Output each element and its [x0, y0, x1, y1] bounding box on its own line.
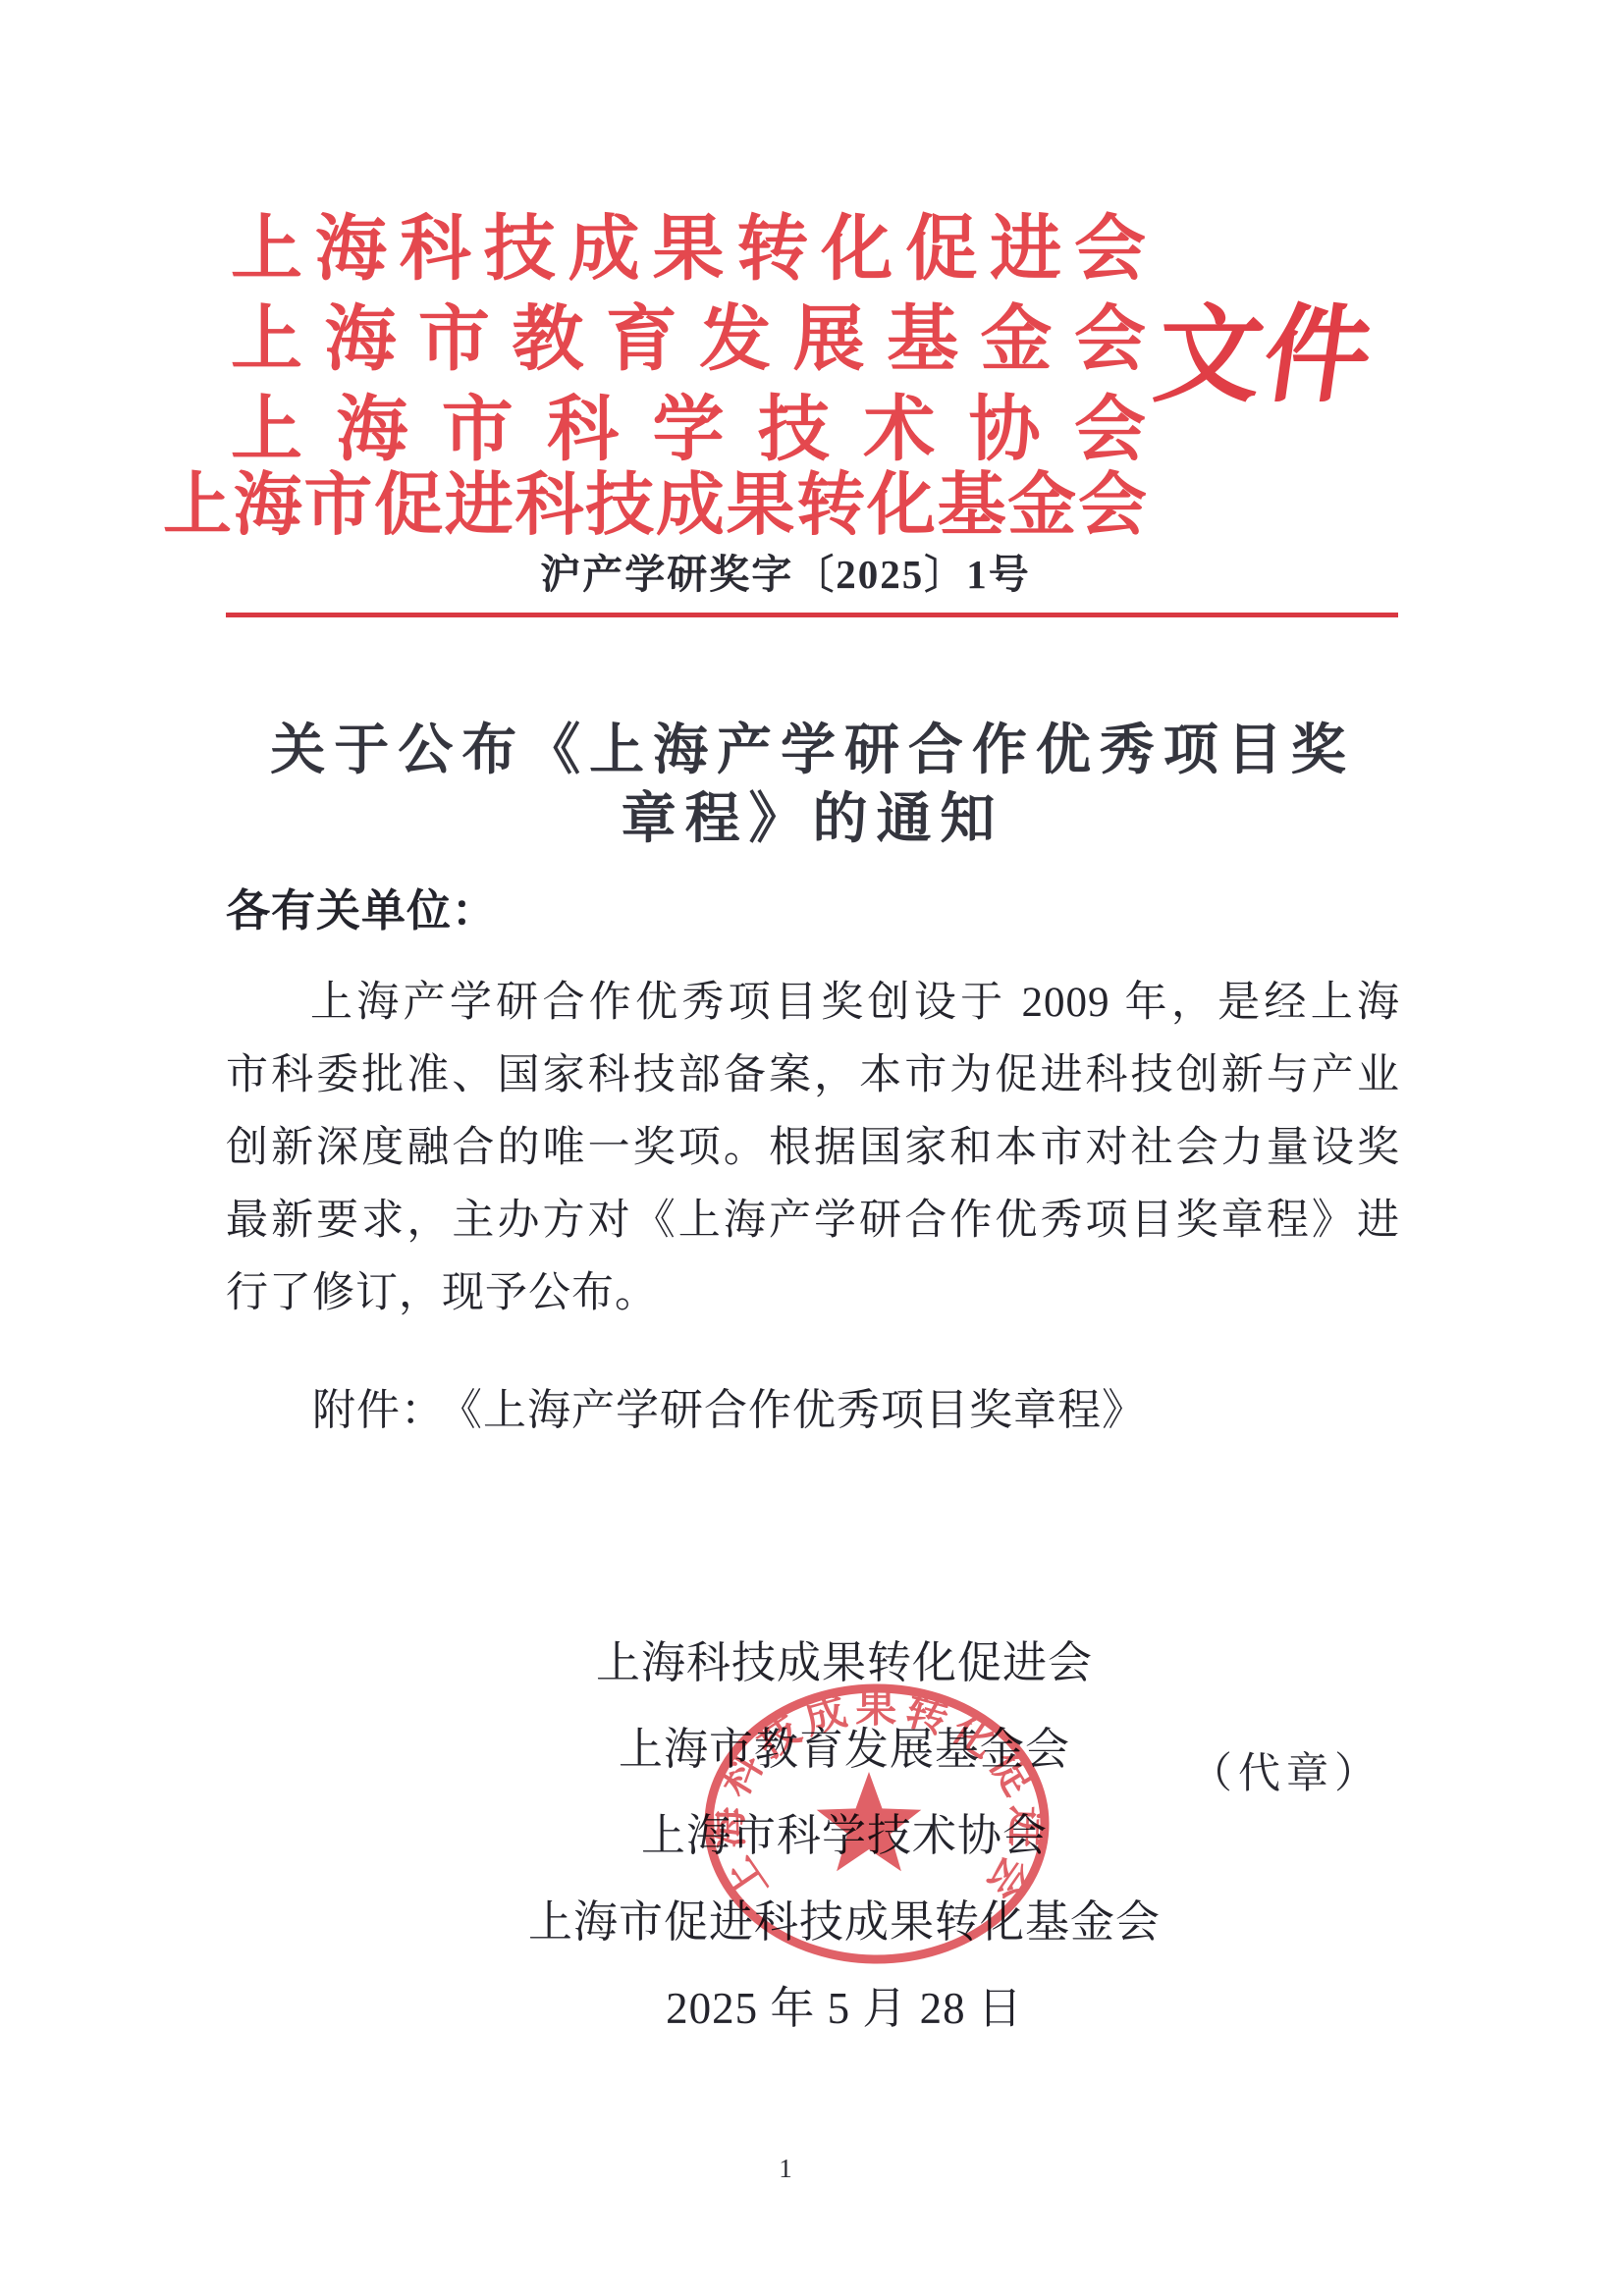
salutation: 各有关单位： — [226, 883, 497, 938]
signature-date: 2025 年 5 月 28 日 — [353, 1965, 1335, 2052]
seal-star-icon — [817, 1772, 922, 1871]
paragraph-line: 最新要求，主办方对《上海产学研合作优秀项目奖章程》进 — [226, 1185, 1400, 1257]
document-page: 上海科技成果转化促进会 上海市教育发展基金会 上海市科学技术协会 上海市促进科技… — [0, 0, 1623, 2296]
attachment-label: 附件： — [312, 1386, 445, 1434]
paragraph-line: 行了修订，现予公布。 — [226, 1257, 1400, 1330]
letterhead-org-2: 上海市教育发展基金会 — [231, 294, 1146, 385]
paragraph-line: 市科委批准、国家科技部备案，本市为促进科技创新与产业 — [226, 1040, 1400, 1112]
red-divider-line — [226, 613, 1398, 617]
doc-type-label: 文件 — [1149, 296, 1381, 414]
notice-title: 关于公布《上海产学研合作优秀项目奖 章程》的通知 — [226, 717, 1399, 854]
paragraph-line: 上海产学研合作优秀项目奖创设于 2009 年，是经上海 — [226, 967, 1400, 1040]
notice-title-line-2: 章程》的通知 — [226, 785, 1399, 854]
notice-title-line-1: 关于公布《上海产学研合作优秀项目奖 — [226, 717, 1399, 785]
official-seal: 上海科技成果转化促进会 — [700, 1682, 1054, 1966]
attachment-line: 附件：《上海产学研合作优秀项目奖章程》 — [312, 1382, 1146, 1439]
doc-number: 沪产学研奖字〔2025〕1号 — [226, 550, 1345, 599]
attachment-title: 《上海产学研合作优秀项目奖章程》 — [460, 1386, 1146, 1434]
seal-note: （代章） — [1190, 1749, 1382, 1800]
paragraph-line: 创新深度融合的唯一奖项。根据国家和本市对社会力量设奖 — [226, 1112, 1400, 1185]
letterhead-org-4: 上海市促进科技成果转化基金会 — [163, 459, 1147, 550]
letterhead-org-1: 上海科技成果转化促进会 — [231, 204, 1146, 294]
body-paragraph: 上海产学研合作优秀项目奖创设于 2009 年，是经上海 市科委批准、国家科技部备… — [226, 967, 1400, 1330]
page-number: 1 — [756, 2152, 815, 2185]
